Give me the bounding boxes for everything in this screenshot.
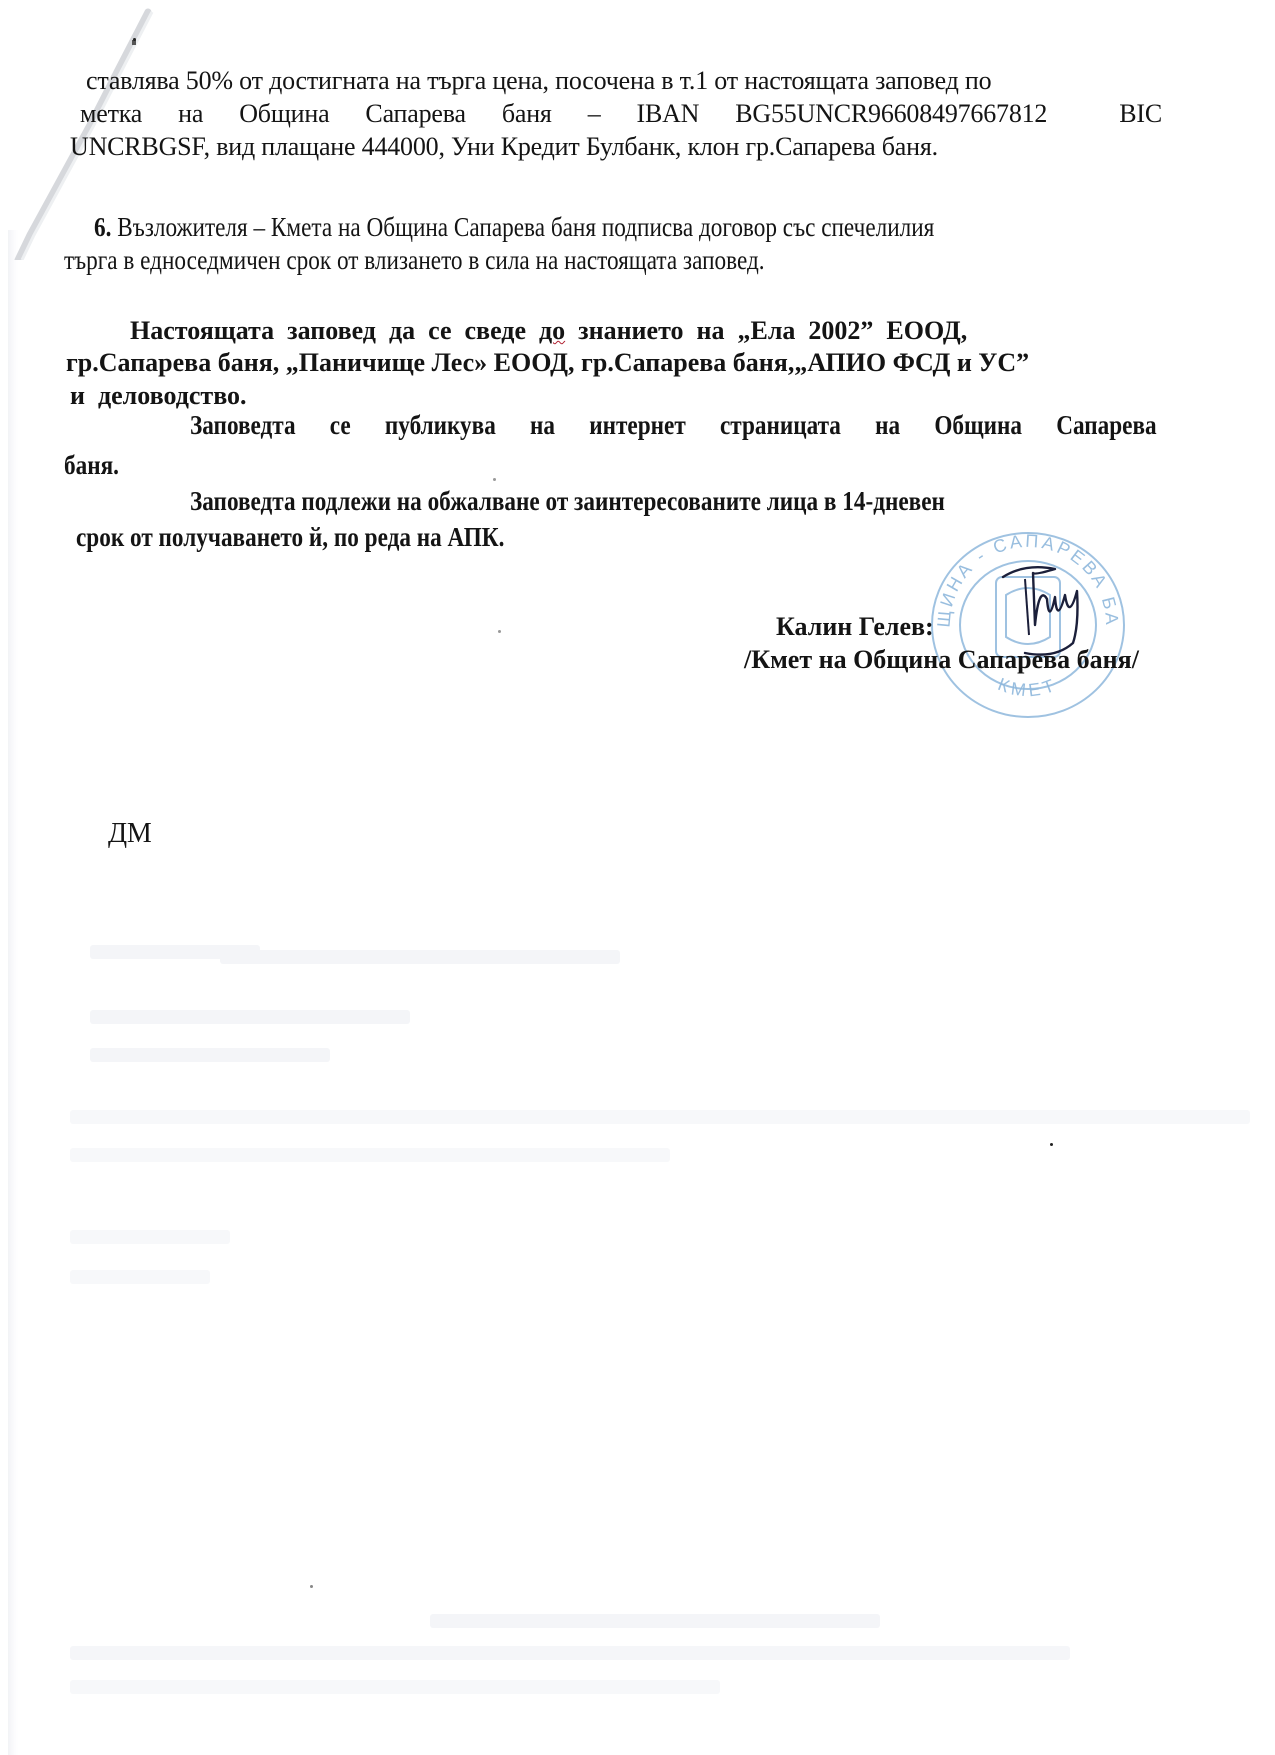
show-through-ghost: [70, 1680, 720, 1694]
svg-text:ОБЩИНА - САПАРЕВА БАНЯ: ОБЩИНА - САПАРЕВА БАНЯ: [918, 525, 1122, 628]
scan-speck: [310, 1585, 313, 1588]
show-through-ghost: [430, 1614, 880, 1628]
show-through-ghost: [70, 1646, 1070, 1660]
notification-line-3: и деловодство.: [70, 381, 247, 411]
publication-line-1: Заповедта се публикува на интернет стран…: [190, 410, 1157, 441]
author-initials: ДМ: [108, 818, 152, 850]
notification-line-2: гр.Сапарева баня, „Паничище Лес» ЕООД, г…: [66, 348, 1029, 378]
paragraph-6-line-2: търга в едноседмичен срок от влизането в…: [64, 245, 765, 276]
red-correction-mark: до: [539, 316, 565, 345]
stamp-top-text: ОБЩИНА - САПАРЕВА БАНЯ: [918, 525, 1122, 628]
notification-line-1: Настоящата заповед да се сведе до знание…: [130, 316, 1160, 346]
publication-line-2: баня.: [64, 450, 119, 481]
show-through-ghost: [90, 1010, 410, 1024]
signatory-name: Калин Гелев:: [776, 612, 934, 642]
show-through-ghost: [70, 1230, 230, 1244]
paragraph-5-line-3: UNCRBGSF, вид плащане 444000, Уни Кредит…: [70, 132, 938, 162]
show-through-ghost: [70, 1148, 670, 1162]
signatory-title: /Кмет на Община Сапарева баня/: [744, 645, 1139, 675]
show-through-ghost: [220, 950, 620, 964]
show-through-ghost: [70, 1270, 210, 1284]
show-through-ghost: [70, 1110, 1250, 1124]
stamp-bottom-text: КМЕТ: [995, 674, 1061, 701]
appeal-line-2: срок от получаването й, по реда на АПК.: [76, 522, 504, 553]
appeal-line-1: Заповедта подлежи на обжалване от заинте…: [190, 486, 945, 517]
scan-speck: [498, 630, 501, 633]
paragraph-5-line-1: ставлява 50% от достигната на търга цена…: [86, 66, 991, 96]
paragraph-6-line-1: 6. Възложителя – Кмета на Община Сапарев…: [94, 212, 934, 243]
show-through-ghost: [90, 1048, 330, 1062]
paragraph-5-line-2: метка на Община Сапарева баня – IBAN BG5…: [80, 99, 1162, 129]
scan-speck: [133, 38, 136, 41]
scan-speck: [1050, 1143, 1053, 1146]
scan-speck: [493, 478, 496, 481]
paragraph-6-number: 6.: [94, 212, 111, 242]
municipal-stamp: ОБЩИНА - САПАРЕВА БАНЯ КМЕТ: [918, 525, 1138, 725]
scan-edge-shadow: [8, 230, 18, 1755]
svg-text:КМЕТ: КМЕТ: [995, 674, 1061, 701]
